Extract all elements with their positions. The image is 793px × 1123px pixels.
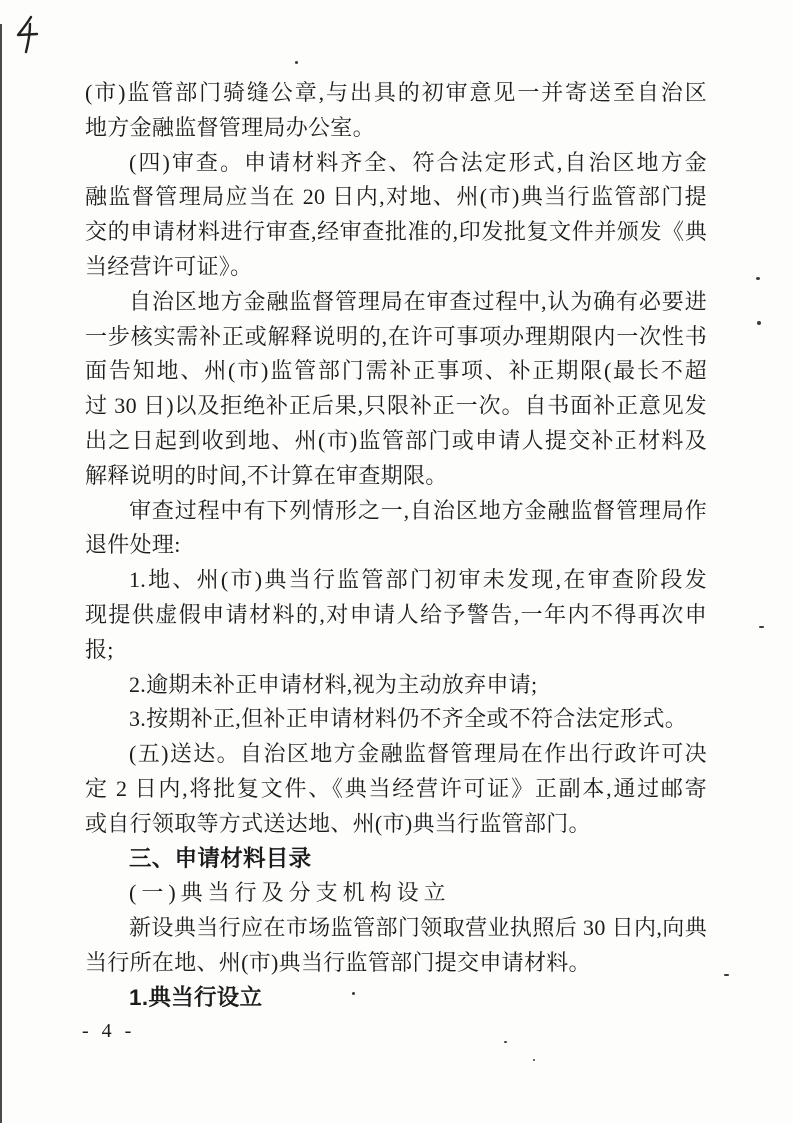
scan-edge-line xyxy=(0,24,2,1123)
text-line: 3.按期补正,但补正申请材料仍不齐全或不符合法定形式。 xyxy=(85,702,707,737)
text-line: (四)审查。申请材料齐全、符合法定形式,自治区地方金 xyxy=(85,146,707,181)
scan-speck xyxy=(295,61,298,64)
text-line: 现提供虚假申请材料的,对申请人给予警告,一年内不得再次申 xyxy=(85,598,707,633)
scan-speck xyxy=(759,626,764,628)
scan-speck xyxy=(756,277,760,280)
text-line: 解释说明的时间,不计算在审查期限。 xyxy=(85,459,707,494)
text-line: 当经营许可证》。 xyxy=(85,250,707,285)
text-line: 新设典当行应在市场监管部门领取营业执照后 30 日内,向典 xyxy=(85,911,707,946)
text-line: (市)监管部门骑缝公章,与出具的初审意见一并寄送至自治区 xyxy=(85,76,707,111)
text-line: 地方金融监督管理局办公室。 xyxy=(85,111,707,146)
scan-speck xyxy=(352,992,355,995)
text-line: 面告知地、州(市)监管部门需补正事项、补正期限(最长不超 xyxy=(85,354,707,389)
text-line: 三、申请材料目录 xyxy=(85,842,707,877)
text-line: 2.逾期未补正申请材料,视为主动放弃申请; xyxy=(85,668,707,703)
text-line: 当行所在地、州(市)典当行监管部门提交申请材料。 xyxy=(85,946,707,981)
text-line: 出之日起到收到地、州(市)监管部门或申请人提交补正材料及 xyxy=(85,424,707,459)
text-line: 1.地、州(市)典当行监管部门初审未发现,在审查阶段发 xyxy=(85,563,707,598)
scanned-document-page: (市)监管部门骑缝公章,与出具的初审意见一并寄送至自治区地方金融监督管理局办公室… xyxy=(0,0,793,1123)
scan-speck xyxy=(757,321,761,325)
text-line: 审查过程中有下列情形之一,自治区地方金融监督管理局作 xyxy=(85,494,707,529)
footer-page-number: - 4 - xyxy=(82,1020,135,1043)
scan-speck xyxy=(724,974,729,976)
text-line: 或自行领取等方式送达地、州(市)典当行监管部门。 xyxy=(85,807,707,842)
text-line: 交的申请材料进行审查,经审查批准的,印发批复文件并颁发《典 xyxy=(85,215,707,250)
text-line: 报; xyxy=(85,633,707,668)
text-line: 定 2 日内,将批复文件、《典当经营许可证》正副本,通过邮寄 xyxy=(85,772,707,807)
scan-speck xyxy=(533,1059,535,1061)
text-line: 1.典当行设立 xyxy=(85,981,707,1016)
text-line: 融监督管理局应当在 20 日内,对地、州(市)典当行监管部门提 xyxy=(85,180,707,215)
text-line: 退件处理: xyxy=(85,528,707,563)
text-line: 过 30 日)以及拒绝补正后果,只限补正一次。自书面补正意见发 xyxy=(85,389,707,424)
handwritten-4-glyph xyxy=(13,14,47,56)
handwritten-page-number xyxy=(13,14,47,56)
text-line: (一)典当行及分支机构设立 xyxy=(85,876,707,911)
text-line: 一步核实需补正或解释说明的,在许可事项办理期限内一次性书 xyxy=(85,320,707,355)
scan-speck xyxy=(504,1041,507,1043)
document-lines: (市)监管部门骑缝公章,与出具的初审意见一并寄送至自治区地方金融监督管理局办公室… xyxy=(85,76,707,1016)
text-line: 自治区地方金融监督管理局在审查过程中,认为确有必要进 xyxy=(85,285,707,320)
text-line: (五)送达。自治区地方金融监督管理局在作出行政许可决 xyxy=(85,737,707,772)
